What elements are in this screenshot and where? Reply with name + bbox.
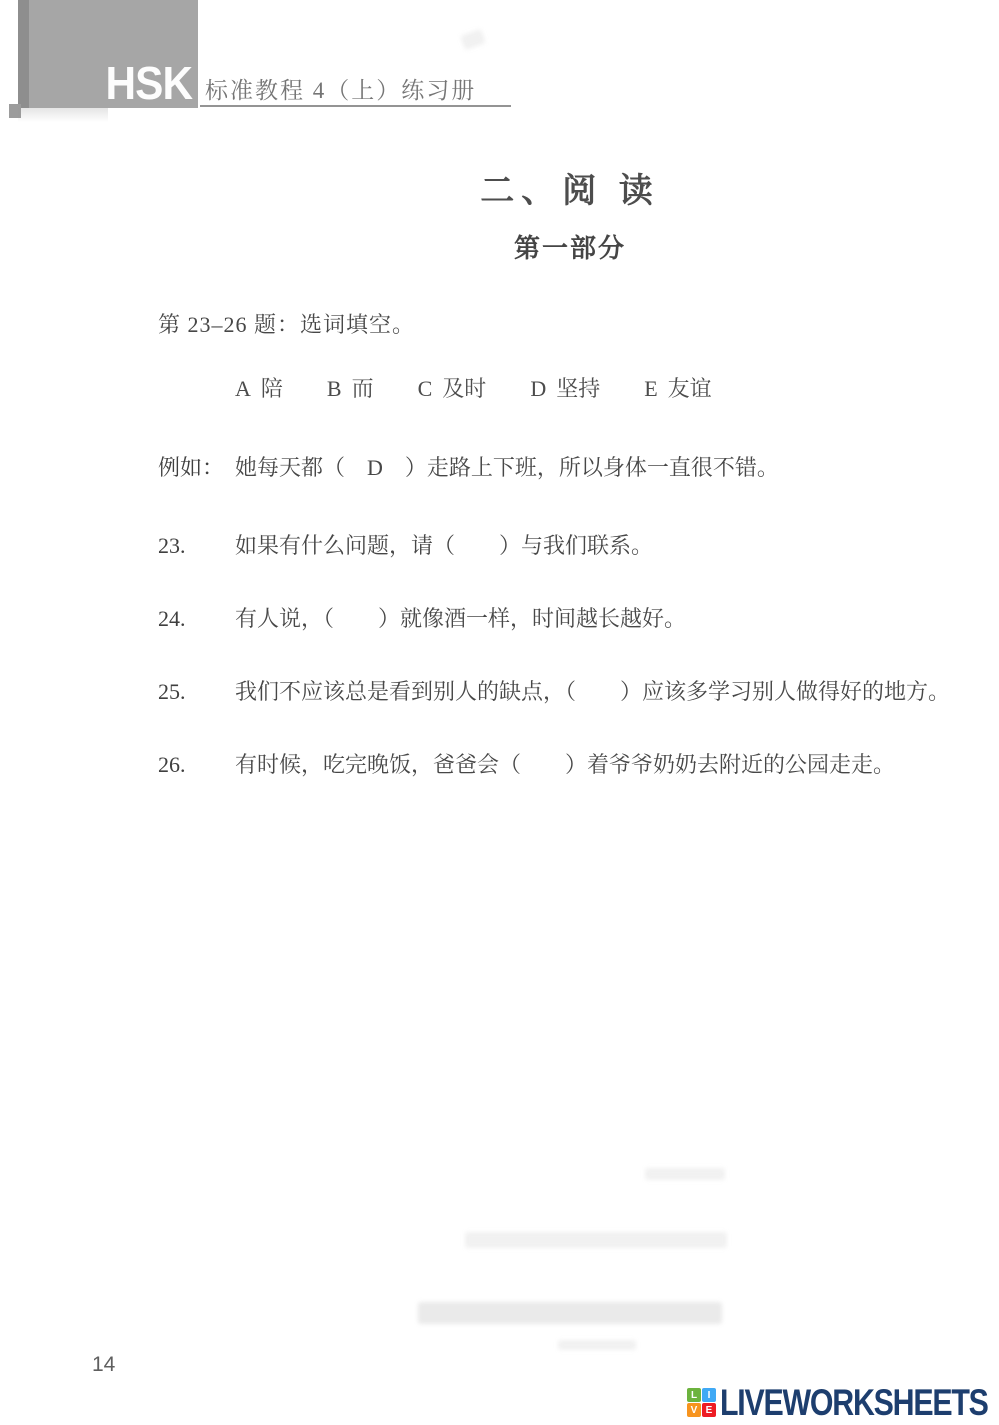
book-title: 标准教程 4（上）练习册: [205, 72, 476, 105]
logo-square-i: I: [702, 1388, 716, 1402]
exercise-instruction: 第 23–26 题：选词填空。: [158, 308, 415, 339]
option-c-letter: C: [418, 376, 433, 401]
page-number: 14: [92, 1353, 115, 1377]
option-c: C及时: [418, 372, 487, 403]
option-a: A陪: [235, 372, 283, 403]
option-a-letter: A: [235, 376, 251, 401]
hsk-logo: HSK: [18, 0, 198, 108]
bleed-through-smudge: [645, 1168, 725, 1180]
option-d: D坚持: [530, 372, 600, 403]
answer-blank-23[interactable]: （ ）: [433, 533, 521, 558]
question-row-25: 25.我们不应该总是看到别人的缺点，（ ）应该多学习别人做得好的地方。: [158, 677, 968, 708]
example-answer: （ D ）: [323, 455, 427, 480]
option-d-letter: D: [530, 376, 546, 401]
answer-blank-25[interactable]: （ ）: [565, 679, 642, 704]
liveworksheets-brand[interactable]: L I V E LIVEWORKSHEETS: [687, 1384, 999, 1421]
question-24-number: 24.: [158, 604, 235, 635]
option-e-word: 友谊: [668, 376, 712, 401]
logo-square-l: L: [687, 1388, 701, 1402]
bleed-through-smudge: [465, 1232, 727, 1248]
option-e: E友谊: [644, 372, 711, 403]
option-d-word: 坚持: [556, 376, 600, 401]
question-row-24: 24.有人说，（ ）就像酒一样，时间越长越好。: [158, 604, 968, 635]
example-label: 例如：: [158, 453, 235, 484]
logo-spine: [18, 0, 29, 108]
header-underline: [200, 105, 511, 107]
logo-square-e: E: [702, 1403, 716, 1417]
question-row-23: 23.如果有什么问题，请（ ）与我们联系。: [158, 531, 968, 562]
question-row-26: 26.有时候，吃完晚饭，爸爸会（ ）着爷爷奶奶去附近的公园走走。: [158, 750, 968, 781]
option-a-word: 陪: [261, 376, 283, 401]
worksheet-page: HSK 标准教程 4（上）练习册 二、阅 读 第一部分 第 23–26 题：选词…: [0, 0, 999, 1425]
bleed-through-smudge: [418, 1302, 722, 1324]
question-24-text-pre: 有人说，: [235, 606, 323, 631]
question-23-number: 23.: [158, 531, 235, 562]
question-26-number: 26.: [158, 750, 235, 781]
question-24-text-post: 就像酒一样，时间越长越好。: [400, 606, 686, 631]
bleed-through-smudge: [558, 1340, 636, 1350]
question-26-text-post: 着爷爷奶奶去附近的公园走走。: [587, 752, 895, 777]
answer-blank-26[interactable]: （ ）: [499, 752, 587, 777]
word-bank: A陪 B而 C及时 D坚持 E友谊: [235, 372, 712, 403]
bleed-through-smudge: [460, 29, 486, 51]
example-text-pre: 她每天都: [235, 455, 323, 480]
answer-blank-24[interactable]: （ ）: [323, 606, 400, 631]
option-e-letter: E: [644, 376, 657, 401]
liveworksheets-logo-icon: L I V E: [687, 1388, 716, 1417]
question-26-text-pre: 有时候，吃完晚饭，爸爸会: [235, 752, 499, 777]
question-23-text-post: 与我们联系。: [521, 533, 653, 558]
question-25-number: 25.: [158, 677, 235, 708]
question-25-text-post: 应该多学习别人做得好的地方。: [642, 679, 950, 704]
logo-square-v: V: [687, 1403, 701, 1417]
question-23-text-pre: 如果有什么问题，请: [235, 533, 433, 558]
question-25-text-pre: 我们不应该总是看到别人的缺点，: [235, 679, 565, 704]
hsk-logo-text: HSK: [105, 60, 192, 106]
option-b-letter: B: [327, 376, 342, 401]
example-row: 例如：她每天都（ D ）走路上下班，所以身体一直很不错。: [158, 453, 968, 484]
liveworksheets-wordmark: LIVEWORKSHEETS: [720, 1384, 988, 1421]
option-b-word: 而: [352, 376, 374, 401]
example-text-post: 走路上下班，所以身体一直很不错。: [427, 455, 779, 480]
section-title: 二、阅 读: [480, 173, 660, 210]
option-b: B而: [327, 372, 374, 403]
section-subtitle: 第一部分: [514, 234, 626, 263]
option-c-word: 及时: [442, 376, 486, 401]
logo-shadow: [18, 108, 108, 122]
